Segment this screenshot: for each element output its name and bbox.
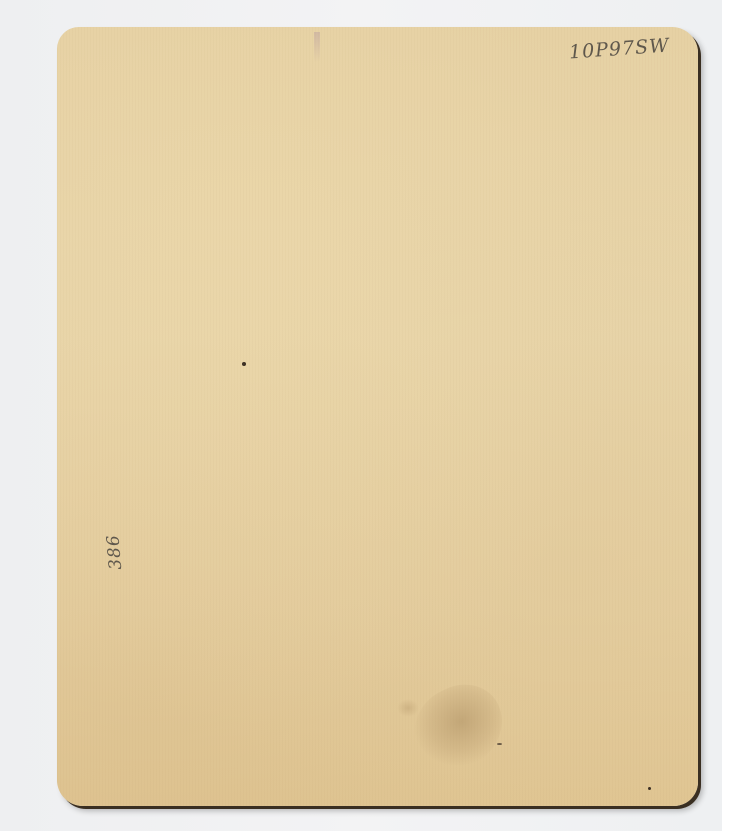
scan-edge-strip <box>722 0 750 831</box>
faint-mark <box>314 32 320 62</box>
speck <box>497 743 502 745</box>
catalog-number-inscription: 10P97SW <box>568 35 670 64</box>
photo-card-back: 10P97SW 386 <box>57 27 698 806</box>
margin-number-inscription: 386 <box>103 533 126 570</box>
stain-small <box>397 699 419 717</box>
speck <box>648 787 651 790</box>
speck <box>242 362 246 366</box>
stain <box>401 672 516 783</box>
